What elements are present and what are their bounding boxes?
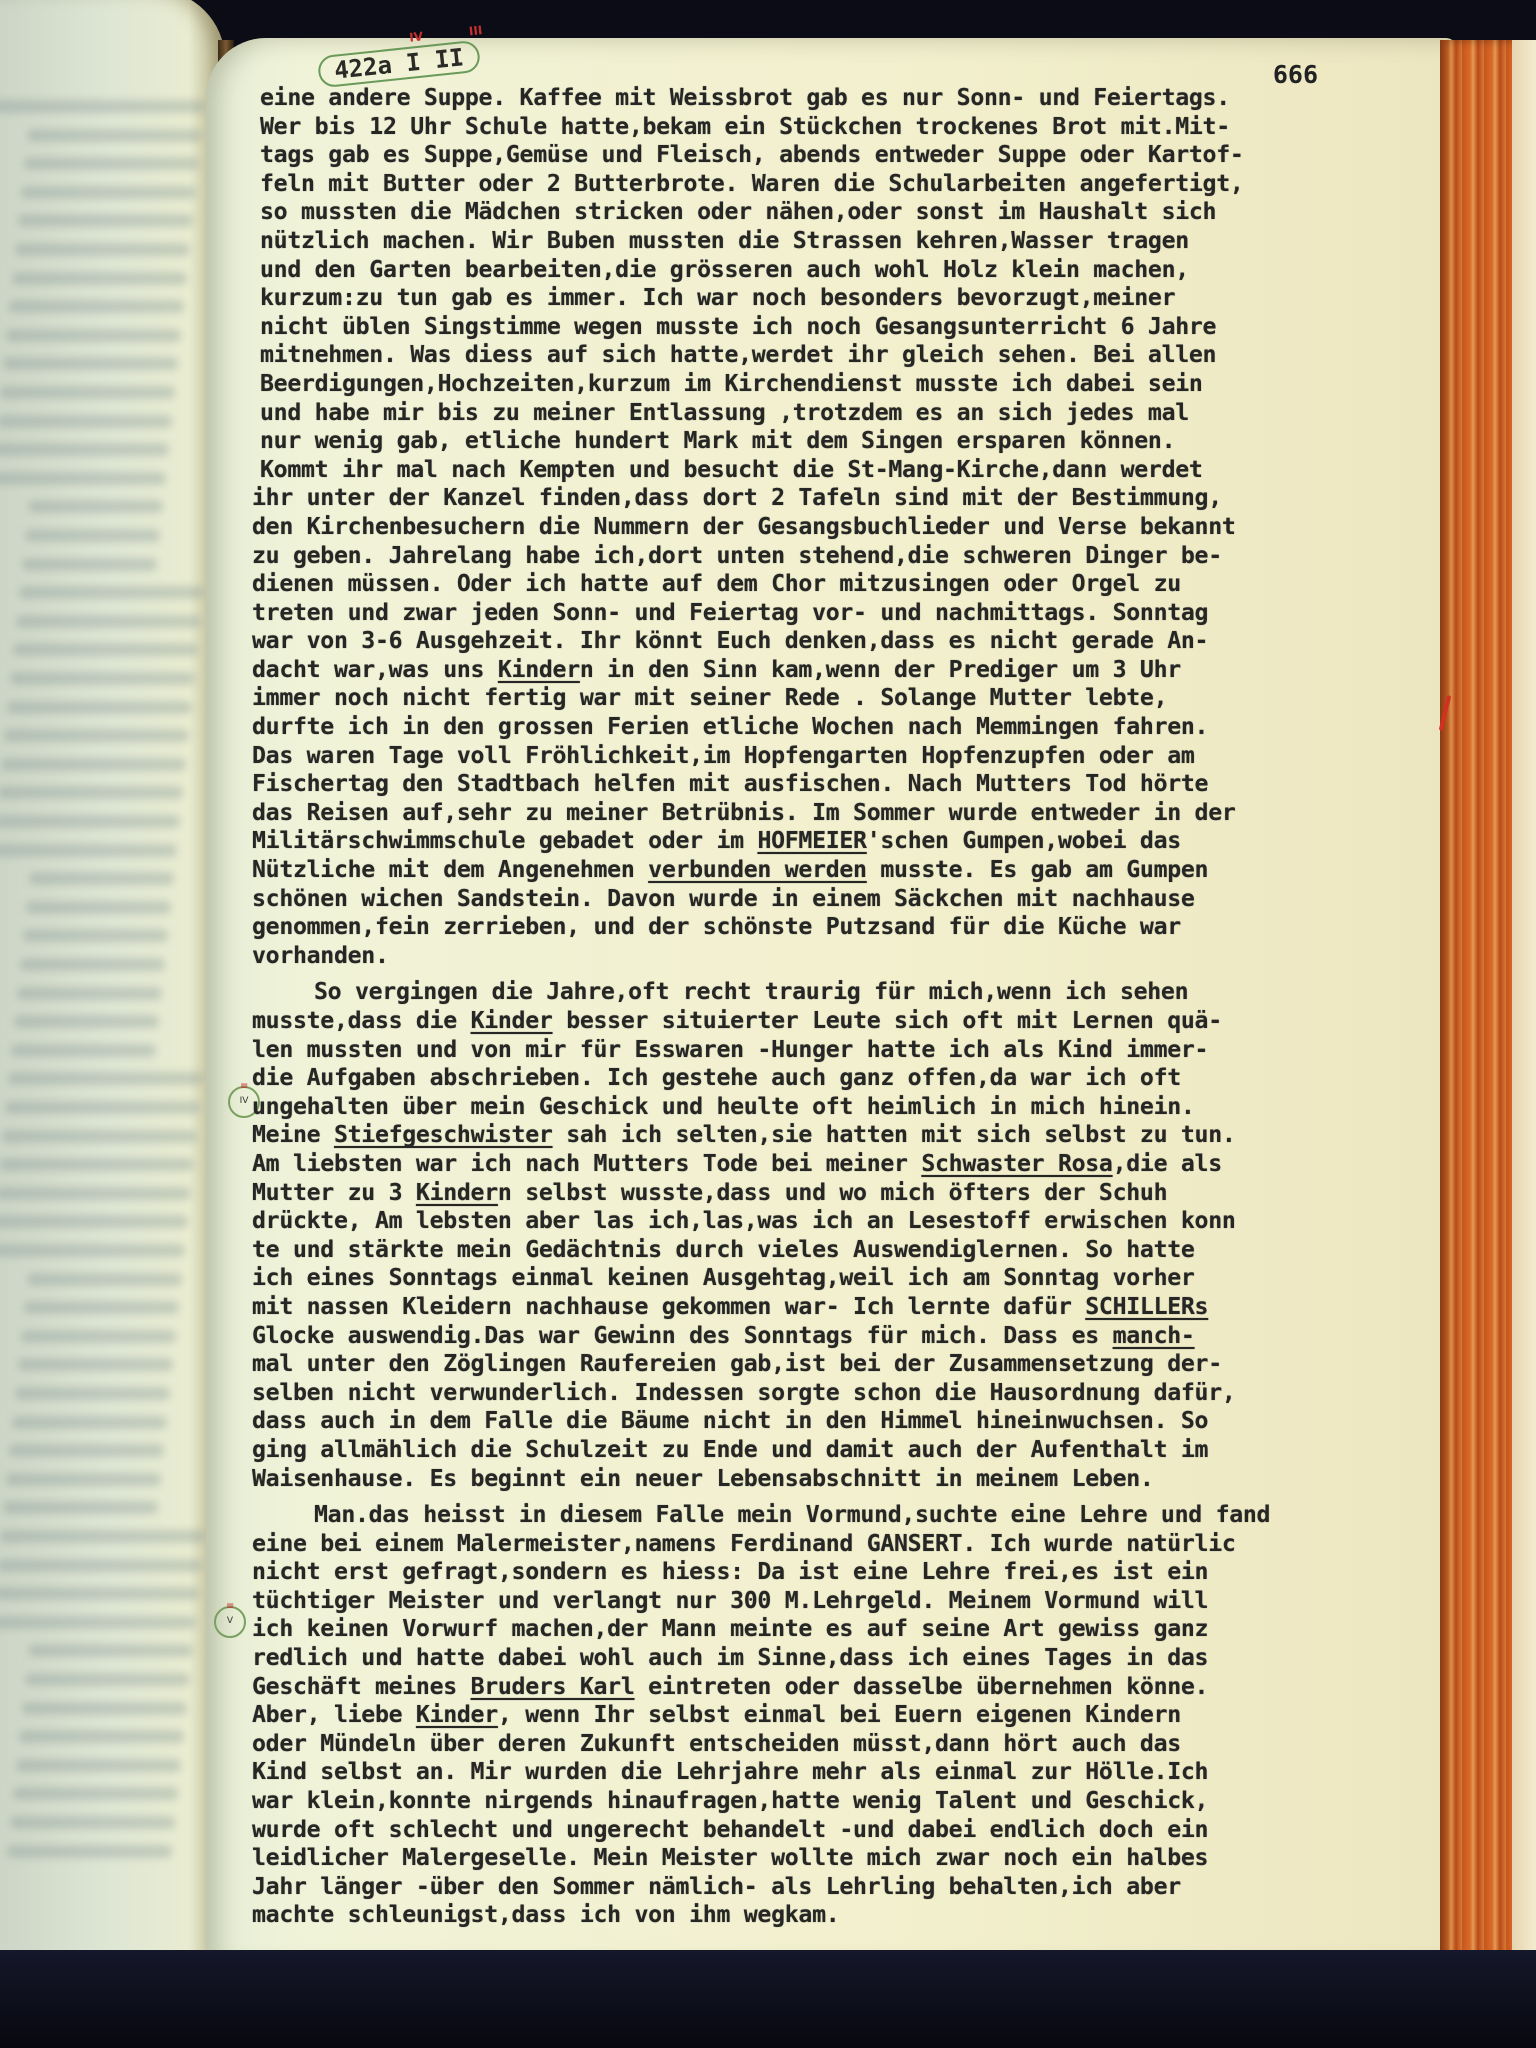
text-line: mal unter den Zöglingen Raufereien gab,i… <box>252 1350 1482 1379</box>
text-line: Fischertag den Stadtbach helfen mit ausf… <box>252 770 1482 799</box>
text-line: Kind selbst an. Mir wurden die Lehrjahre… <box>252 1758 1482 1787</box>
text-line: die Aufgaben abschrieben. Ich gestehe au… <box>252 1064 1482 1093</box>
text-line: te und stärkte mein Gedächtnis durch vie… <box>252 1236 1482 1265</box>
text-line: nicht üblen Singstimme wegen musste ich … <box>260 313 1490 342</box>
ghost-text-line <box>0 1587 199 1600</box>
text-line: Am liebsten war ich nach Mutters Tode be… <box>252 1150 1482 1179</box>
text-line: So vergingen die Jahre,oft recht traurig… <box>252 978 1482 1007</box>
ghost-text-line <box>0 844 177 857</box>
text-line: ihr unter der Kanzel finden,dass dort 2 … <box>252 484 1482 513</box>
text-line: treten und zwar jeden Sonn- und Feiertag… <box>252 599 1482 628</box>
ghost-text-line <box>0 1616 196 1629</box>
text-line: wurde oft schlecht und ungerecht behande… <box>252 1816 1482 1845</box>
text-line: Man.das heisst in diesem Falle mein Vorm… <box>252 1501 1482 1530</box>
ghost-text-line <box>11 1044 156 1057</box>
text-line: Waisenhause. Es beginnt ein neuer Lebens… <box>252 1465 1482 1494</box>
text-line: so mussten die Mädchen stricken oder näh… <box>260 198 1490 227</box>
text-line: Jahr länger -über den Sommer nämlich- al… <box>252 1873 1482 1902</box>
ghost-text-line <box>0 786 183 799</box>
text-line: eine bei einem Malermeister,namens Ferdi… <box>252 1530 1482 1559</box>
ghost-text-line <box>0 1559 202 1572</box>
text-line: nützlich machen. Wir Buben mussten die S… <box>260 227 1490 256</box>
ghost-text-line <box>9 300 184 313</box>
text-line: ungehalten über mein Geschick und heulte… <box>252 1093 1482 1122</box>
text-line: ging allmählich die Schulzeit zu Ende un… <box>252 1436 1482 1465</box>
text-line: Meine Stiefgeschwister sah ich selten,si… <box>252 1121 1482 1150</box>
text-line: durfte ich in den grossen Ferien etliche… <box>252 713 1482 742</box>
left-page-faded <box>0 0 225 1970</box>
ghost-text-line <box>19 1730 184 1743</box>
ghost-text-line <box>21 1330 176 1343</box>
text-line: immer noch nicht fertig war mit seiner R… <box>252 684 1482 713</box>
ghost-text-line <box>0 815 180 828</box>
ghost-text-line <box>15 243 190 256</box>
ghost-text-line <box>29 872 174 885</box>
text-line: feln mit Butter oder 2 Butterbrote. Ware… <box>260 170 1490 199</box>
ghost-text-line <box>22 558 157 571</box>
text-line: dass auch in dem Falle die Bäume nicht i… <box>252 1407 1482 1436</box>
text-line: Militärschwimmschule gebadet oder im HOF… <box>252 827 1482 856</box>
text-line: zu geben. Jahrelang habe ich,dort unten … <box>252 542 1482 571</box>
ghost-text-line <box>16 615 201 628</box>
text-line: Beerdigungen,Hochzeiten,kurzum im Kirche… <box>260 370 1490 399</box>
ghost-text-line <box>10 672 195 685</box>
text-line: Geschäft meines Bruders Karl eintreten o… <box>252 1673 1482 1702</box>
ghost-text-line <box>0 415 172 428</box>
ghost-text-line <box>3 1501 158 1514</box>
ghost-text-line <box>17 987 162 1000</box>
text-line: tags gab es Suppe,Gemüse und Fleisch, ab… <box>260 141 1490 170</box>
text-line: Aber, liebe Kinder, wenn Ihr selbst einm… <box>252 1701 1482 1730</box>
ghost-text-line <box>28 500 163 513</box>
text-line: eine andere Suppe. Kaffee mit Weissbrot … <box>260 84 1490 113</box>
text-line: nur wenig gab, etliche hundert Mark mit … <box>260 427 1490 456</box>
ghost-text-line <box>18 1358 173 1371</box>
ghost-text-line <box>7 701 192 714</box>
ghost-text-line <box>13 643 198 656</box>
text-line: oder Mündeln über deren Zukunft entschei… <box>252 1730 1482 1759</box>
text-line: dienen müssen. Oder ich hatte auf dem Ch… <box>252 570 1482 599</box>
ghost-text-line <box>4 729 189 742</box>
ghost-text-line <box>7 1845 172 1858</box>
ghost-text-line <box>0 1187 191 1200</box>
text-line: musste,dass die Kinder besser situierter… <box>252 1007 1482 1036</box>
text-line: Das waren Tage voll Fröhlichkeit,im Hopf… <box>252 742 1482 771</box>
text-line: redlich und hatte dabei wohl auch im Sin… <box>252 1644 1482 1673</box>
text-line: das Reisen auf,sehr zu meiner Betrübnis.… <box>252 799 1482 828</box>
text-line: und habe mir bis zu meiner Entlassung ,t… <box>260 399 1490 428</box>
text-line: genommen,fein zerrieben, und der schönst… <box>252 913 1482 942</box>
text-line: len mussten und von mir für Esswaren -Hu… <box>252 1036 1482 1065</box>
ghost-text-line <box>0 1158 194 1171</box>
text-line: kurzum:zu tun gab es immer. Ich war noch… <box>260 284 1490 313</box>
text-line: leidlicher Malergeselle. Mein Meister wo… <box>252 1844 1482 1873</box>
ghost-text-line <box>5 1101 200 1114</box>
page-header: 422a I II IV III 666 <box>318 44 1358 88</box>
text-line: dacht war,was uns Kindern in den Sinn ka… <box>252 656 1482 685</box>
ghost-text-line <box>20 958 165 971</box>
ghost-text-line <box>24 157 199 170</box>
ghost-text-line <box>12 272 187 285</box>
ghost-text-line <box>14 1015 159 1028</box>
ghost-text-line <box>16 1759 181 1772</box>
ghost-text-line <box>0 1244 185 1257</box>
text-line: den Kirchenbesuchern die Nummern der Ges… <box>252 513 1482 542</box>
text-line: Wer bis 12 Uhr Schule hatte,bekam ein St… <box>260 113 1490 142</box>
text-line: Kommt ihr mal nach Kempten und besucht d… <box>260 456 1490 485</box>
ghost-text-line <box>19 586 204 599</box>
ghost-text-line <box>1 758 186 771</box>
text-line: mitnehmen. Was diess auf sich hatte,werd… <box>260 341 1490 370</box>
ghost-text-line <box>6 1473 161 1486</box>
ghost-text-line <box>12 1416 167 1429</box>
text-line: machte schleunigst,dass ich von ihm wegk… <box>252 1901 1482 1930</box>
ghost-text-line <box>27 129 202 142</box>
text-line: Glocke auswendig.Das war Gewinn des Sonn… <box>252 1322 1482 1351</box>
text-line: war klein,konnte nirgends hinaufragen,ha… <box>252 1787 1482 1816</box>
text-line: Nützliche mit dem Angenehmen verbunden w… <box>252 856 1482 885</box>
ghost-text-line <box>9 1444 164 1457</box>
text-line: tüchtiger Meister und verlangt nur 300 M… <box>252 1587 1482 1616</box>
text-line: vorhanden. <box>252 942 1482 971</box>
text-line: und den Garten bearbeiten,die grösseren … <box>260 256 1490 285</box>
ghost-text-line <box>0 1530 205 1543</box>
ghost-text-line <box>18 214 193 227</box>
ghost-text-line <box>0 1215 188 1228</box>
ghost-text-line <box>24 1301 179 1314</box>
ghost-text-line <box>25 529 160 542</box>
ghost-text-line <box>6 329 181 342</box>
ghost-text-line <box>13 1787 178 1800</box>
ghost-text-line <box>0 386 175 399</box>
ghost-text-line <box>0 472 166 485</box>
ghost-text-line <box>23 929 168 942</box>
ghost-text-line <box>8 1072 203 1085</box>
ghost-text-line <box>3 357 178 370</box>
ghost-text-line <box>0 100 205 113</box>
text-line: schönen wichen Sandstein. Davon wurde in… <box>252 885 1482 914</box>
ghost-text-line <box>21 186 196 199</box>
red-mark-2: III <box>468 23 483 38</box>
text-line: drückte, Am lebsten aber las ich,las,was… <box>252 1207 1482 1236</box>
ghost-text-line <box>27 1273 182 1286</box>
ghost-text-line <box>15 1387 170 1400</box>
text-line: ich eines Sonntags einmal keinen Ausgeht… <box>252 1264 1482 1293</box>
margin-note-2: ≡ V <box>214 1606 246 1638</box>
ghost-text-line <box>0 443 169 456</box>
text-line: mit nassen Kleidern nachhause gekommen w… <box>252 1293 1482 1322</box>
ghost-text-line <box>28 1644 193 1657</box>
ghost-text-line <box>22 1702 187 1715</box>
bottom-shadow <box>0 1950 1536 2048</box>
reference-mark: 422a I II IV III <box>317 40 482 89</box>
ghost-text-line <box>10 1816 175 1829</box>
text-line: selben nicht verwunderlich. Indessen sor… <box>252 1379 1482 1408</box>
text-line: nicht erst gefragt,sondern es hiess: Da … <box>252 1558 1482 1587</box>
ghost-text-line <box>2 1130 197 1143</box>
text-line: ich keinen Vorwurf machen,der Mann meint… <box>252 1615 1482 1644</box>
text-line: war von 3-6 Ausgehzeit. Ihr könnt Euch d… <box>252 627 1482 656</box>
typewritten-text: eine andere Suppe. Kaffee mit Weissbrot … <box>252 84 1482 1930</box>
text-line: Mutter zu 3 Kindern selbst wusste,dass u… <box>252 1179 1482 1208</box>
red-mark-1: IV <box>409 29 424 44</box>
ghost-text-line <box>25 1673 190 1686</box>
ghost-text-line <box>26 901 171 914</box>
